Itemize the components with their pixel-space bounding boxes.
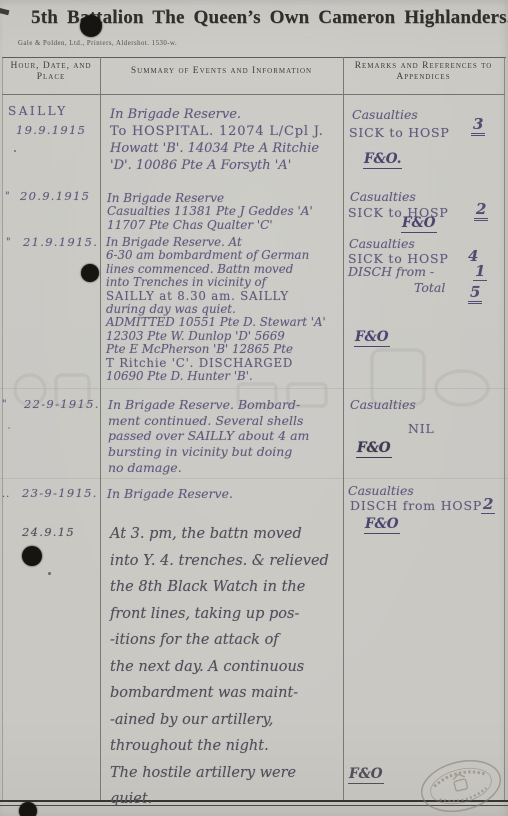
summary-line: front lines, taking up pos-	[110, 607, 299, 622]
signoff-initials: F&O	[364, 518, 400, 534]
summary-line: throughout the night.	[110, 739, 269, 754]
remarks-line: Casualties	[350, 399, 416, 412]
summary-line: ment continued. Several shells	[108, 415, 303, 428]
casualty-count: 3	[471, 117, 485, 136]
summary-line: -ained by our artillery,	[110, 713, 273, 728]
summary-line: into Trenches in vicinity of	[106, 277, 266, 289]
hole-punch	[19, 802, 37, 816]
signoff-initials: F&O	[348, 768, 384, 784]
entry-date: 21.9.1915.	[23, 237, 98, 249]
summary-line: In Brigade Reserve.	[107, 488, 233, 501]
signoff-initials: F&O	[401, 217, 437, 233]
ditto-mark: "	[2, 400, 8, 410]
remarks-line: Casualties	[350, 191, 416, 204]
summary-line: To HOSPITAL. 12074 L/Cpl J.	[110, 125, 324, 138]
summary-line: ADMITTED 10551 Pte D. Stewart 'A'	[106, 317, 326, 329]
summary-line: passed over SAILLY about 4 am	[108, 430, 309, 443]
signoff-initials: F&O	[356, 442, 392, 458]
remarks-line: DISCH from HOSP	[350, 500, 482, 513]
ditto-mark: ··	[2, 493, 10, 503]
ditto-mark: "	[5, 192, 11, 202]
summary-line: At 3. pm, the battn moved	[110, 527, 302, 542]
hole-punch	[22, 546, 42, 566]
entry-date: 19.9.1915	[16, 125, 86, 137]
summary-line: Casualties 11381 Pte J Geddes 'A'	[107, 205, 313, 217]
remarks-line: SICK to HOSP	[349, 127, 450, 140]
summary-line: no damage.	[108, 462, 182, 475]
summary-line: bursting in vicinity but doing	[108, 446, 292, 459]
casualty-count: 2	[481, 497, 495, 514]
entry-date: 22-9-1915.	[24, 399, 100, 411]
summary-line: The hostile artillery were	[110, 766, 296, 781]
remarks-line: DISCH from -	[348, 266, 434, 279]
archive-stamp	[414, 756, 508, 816]
remarks-line: Casualties	[348, 485, 414, 498]
entry-date: 20.9.1915	[20, 191, 90, 203]
summary-line: Pte E McPherson 'B' 12865 Pte	[106, 344, 293, 356]
hole-punch	[80, 15, 102, 37]
entry-date: 23-9-1915.	[22, 488, 98, 500]
summary-line: In Brigade Reserve	[107, 192, 224, 204]
summary-line: the next day. A continuous	[110, 660, 304, 675]
summary-line: 11707 Pte Chas Qualter 'C'	[107, 219, 273, 231]
casualty-count: 1	[473, 264, 487, 281]
casualty-count: 2	[474, 202, 488, 221]
summary-line: Howatt 'B'. 14034 Pte A Ritchie	[110, 142, 319, 155]
hole-punch	[81, 264, 99, 282]
signoff-initials: F&O.	[363, 153, 402, 169]
summary-line: into Y. 4. trenches. & relieved	[110, 554, 329, 569]
summary-line: 6-30 am bombardment of German	[106, 250, 309, 262]
summary-line: In Brigade Reserve. Bombard-	[108, 399, 300, 412]
diary-entries: SAILLY19.9.1915In Brigade Reserve.To HOS…	[0, 0, 508, 816]
remarks-line: Casualties	[349, 238, 415, 251]
casualty-count: 5	[468, 285, 482, 304]
signoff-initials: F&O	[354, 331, 390, 347]
summary-line: In Brigade Reserve.	[110, 108, 241, 121]
summary-line: the 8th Black Watch in the	[110, 580, 305, 595]
ditto-mark: "	[6, 238, 12, 248]
summary-line: -itions for the attack of	[110, 633, 279, 648]
summary-line: quiet.	[110, 792, 152, 807]
summary-line: 10690 Pte D. Hunter 'B'.	[106, 371, 253, 383]
remarks-line: NIL	[408, 423, 435, 436]
summary-line: 'D'. 10086 Pte A Forsyth 'A'	[110, 159, 291, 172]
summary-line: bombardment was maint-	[110, 686, 298, 701]
entry-date: 24.9.15	[22, 527, 75, 539]
remarks-line: Total	[414, 282, 445, 295]
scanned-war-diary-page: 5th Battalion The Queen’s Own Cameron Hi…	[0, 0, 508, 816]
remarks-line: Casualties	[352, 109, 418, 122]
entry-place: SAILLY	[8, 105, 68, 117]
